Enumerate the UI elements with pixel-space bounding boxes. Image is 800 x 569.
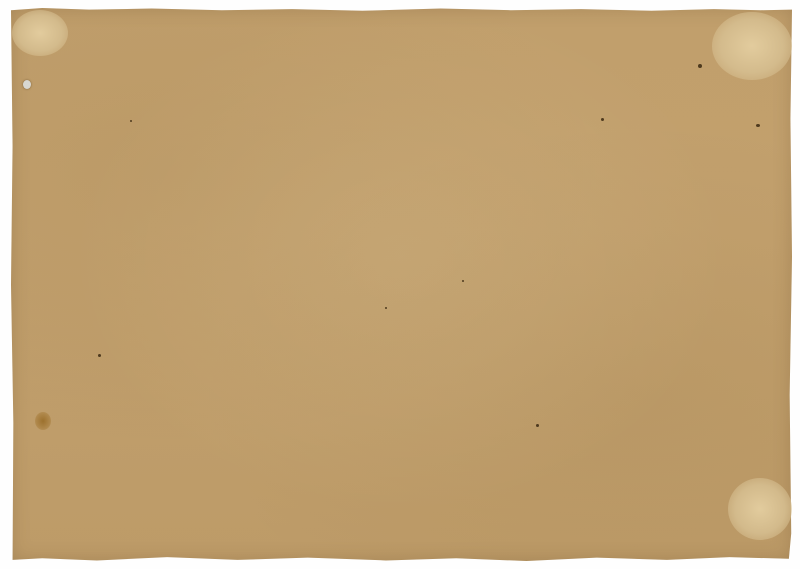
paper-speck	[462, 280, 464, 282]
photo-canvas	[0, 0, 800, 569]
worn-patch-bottom-right-corner	[728, 478, 792, 540]
paper-speck	[385, 307, 387, 309]
paper-speck	[756, 124, 760, 127]
kraft-paper-sheet	[11, 8, 792, 561]
left-pin-hole	[23, 80, 31, 89]
worn-patch-top-right-corner	[712, 12, 792, 80]
paper-speck	[698, 64, 702, 68]
paper-speck	[98, 354, 101, 357]
left-edge-stain	[35, 412, 51, 430]
paper-speck	[601, 118, 604, 121]
paper-speck	[130, 120, 132, 122]
worn-patch-top-left-corner	[12, 10, 68, 56]
paper-speck	[536, 424, 539, 427]
